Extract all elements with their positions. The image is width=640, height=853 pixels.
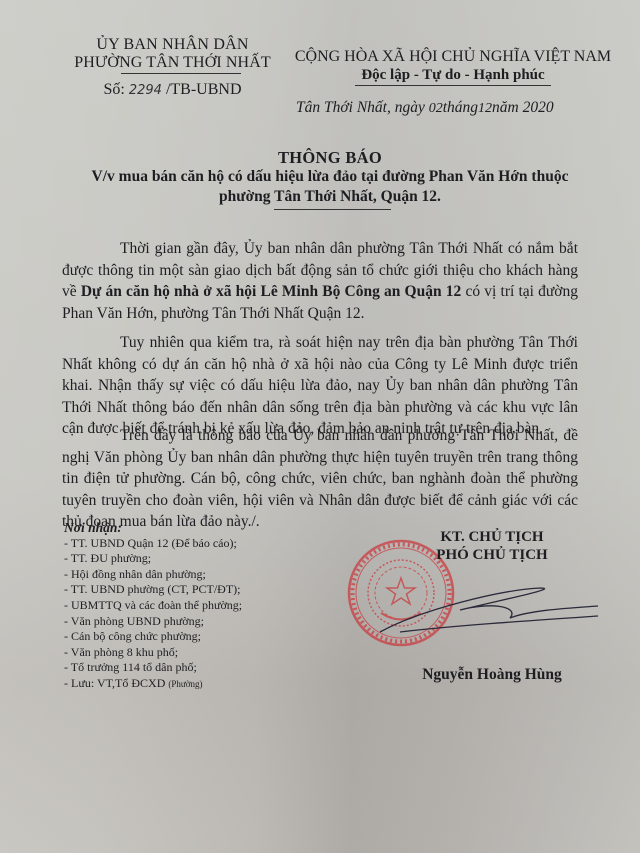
recipient-item: - TT. UBND Quận 12 (Để báo cáo); bbox=[64, 536, 324, 552]
motto-underline bbox=[355, 85, 551, 86]
recipient-item: - TT. UBND phường (CT, PCT/ĐT); bbox=[64, 582, 324, 598]
handwritten-day: 02 bbox=[429, 101, 443, 116]
paragraph-3: Trên đây là thông báo của Ủy ban nhân dâ… bbox=[62, 425, 578, 533]
document-subject: V/v mua bán căn hộ có dấu hiệu lừa đảo t… bbox=[40, 167, 620, 210]
document-date: Tân Thới Nhất, ngày 02tháng12năm 2020 bbox=[296, 99, 616, 117]
document-title: THÔNG BÁO bbox=[40, 148, 620, 168]
signature-title: KT. CHỦ TỊCH PHÓ CHỦ TỊCH bbox=[392, 528, 592, 564]
recipient-item: - TT. ĐU phường; bbox=[64, 551, 324, 567]
recipients-label: Nơi nhận: bbox=[64, 520, 324, 536]
document-number: Số: 2294 /TB-UBND bbox=[60, 81, 285, 100]
header-underline bbox=[121, 73, 241, 74]
national-motto: Độc lập - Tự do - Hạnh phúc bbox=[283, 66, 623, 84]
recipient-item: - Văn phòng UBND phường; bbox=[64, 614, 324, 630]
paragraph-2: Tuy nhiên qua kiểm tra, rà soát hiện nay… bbox=[62, 332, 578, 440]
recipient-item: - Tổ trưởng 114 tổ dân phố; bbox=[64, 660, 324, 676]
country-name: CỘNG HÒA XÃ HỘI CHỦ NGHĨA VIỆT NAM bbox=[283, 48, 623, 66]
issuing-authority-header: ỦY BAN NHÂN DÂN PHƯỜNG TÂN THỚI NHẤT Số:… bbox=[60, 36, 285, 100]
project-name: Dự án căn hộ nhà ở xã hội Lê Minh Bộ Côn… bbox=[81, 283, 461, 300]
recipients-list: Nơi nhận: - TT. UBND Quận 12 (Để báo cáo… bbox=[64, 520, 324, 693]
recipient-item: - Lưu: VT,Tổ ĐCXD (Phường) bbox=[64, 676, 324, 693]
handwritten-signature-icon bbox=[360, 570, 600, 640]
national-header: CỘNG HÒA XÃ HỘI CHỦ NGHĨA VIỆT NAM Độc l… bbox=[283, 48, 623, 86]
recipient-item: - Cán bộ công chức phường; bbox=[64, 629, 324, 645]
recipient-item: - UBMTTQ và các đoàn thể phường; bbox=[64, 598, 324, 614]
org-name-line2: PHƯỜNG TÂN THỚI NHẤT bbox=[60, 54, 285, 72]
handwritten-month: 12 bbox=[478, 101, 492, 116]
recipient-item: - Hội đồng nhân dân phường; bbox=[64, 567, 324, 583]
handwritten-number: 2294 bbox=[129, 83, 162, 98]
recipient-item: - Văn phòng 8 khu phố; bbox=[64, 645, 324, 661]
org-name-line1: ỦY BAN NHÂN DÂN bbox=[60, 36, 285, 54]
paragraph-1: Thời gian gần đây, Ủy ban nhân dân phườn… bbox=[62, 238, 578, 324]
subject-underline bbox=[274, 209, 391, 210]
signer-name: Nguyễn Hoàng Hùng bbox=[392, 666, 592, 684]
